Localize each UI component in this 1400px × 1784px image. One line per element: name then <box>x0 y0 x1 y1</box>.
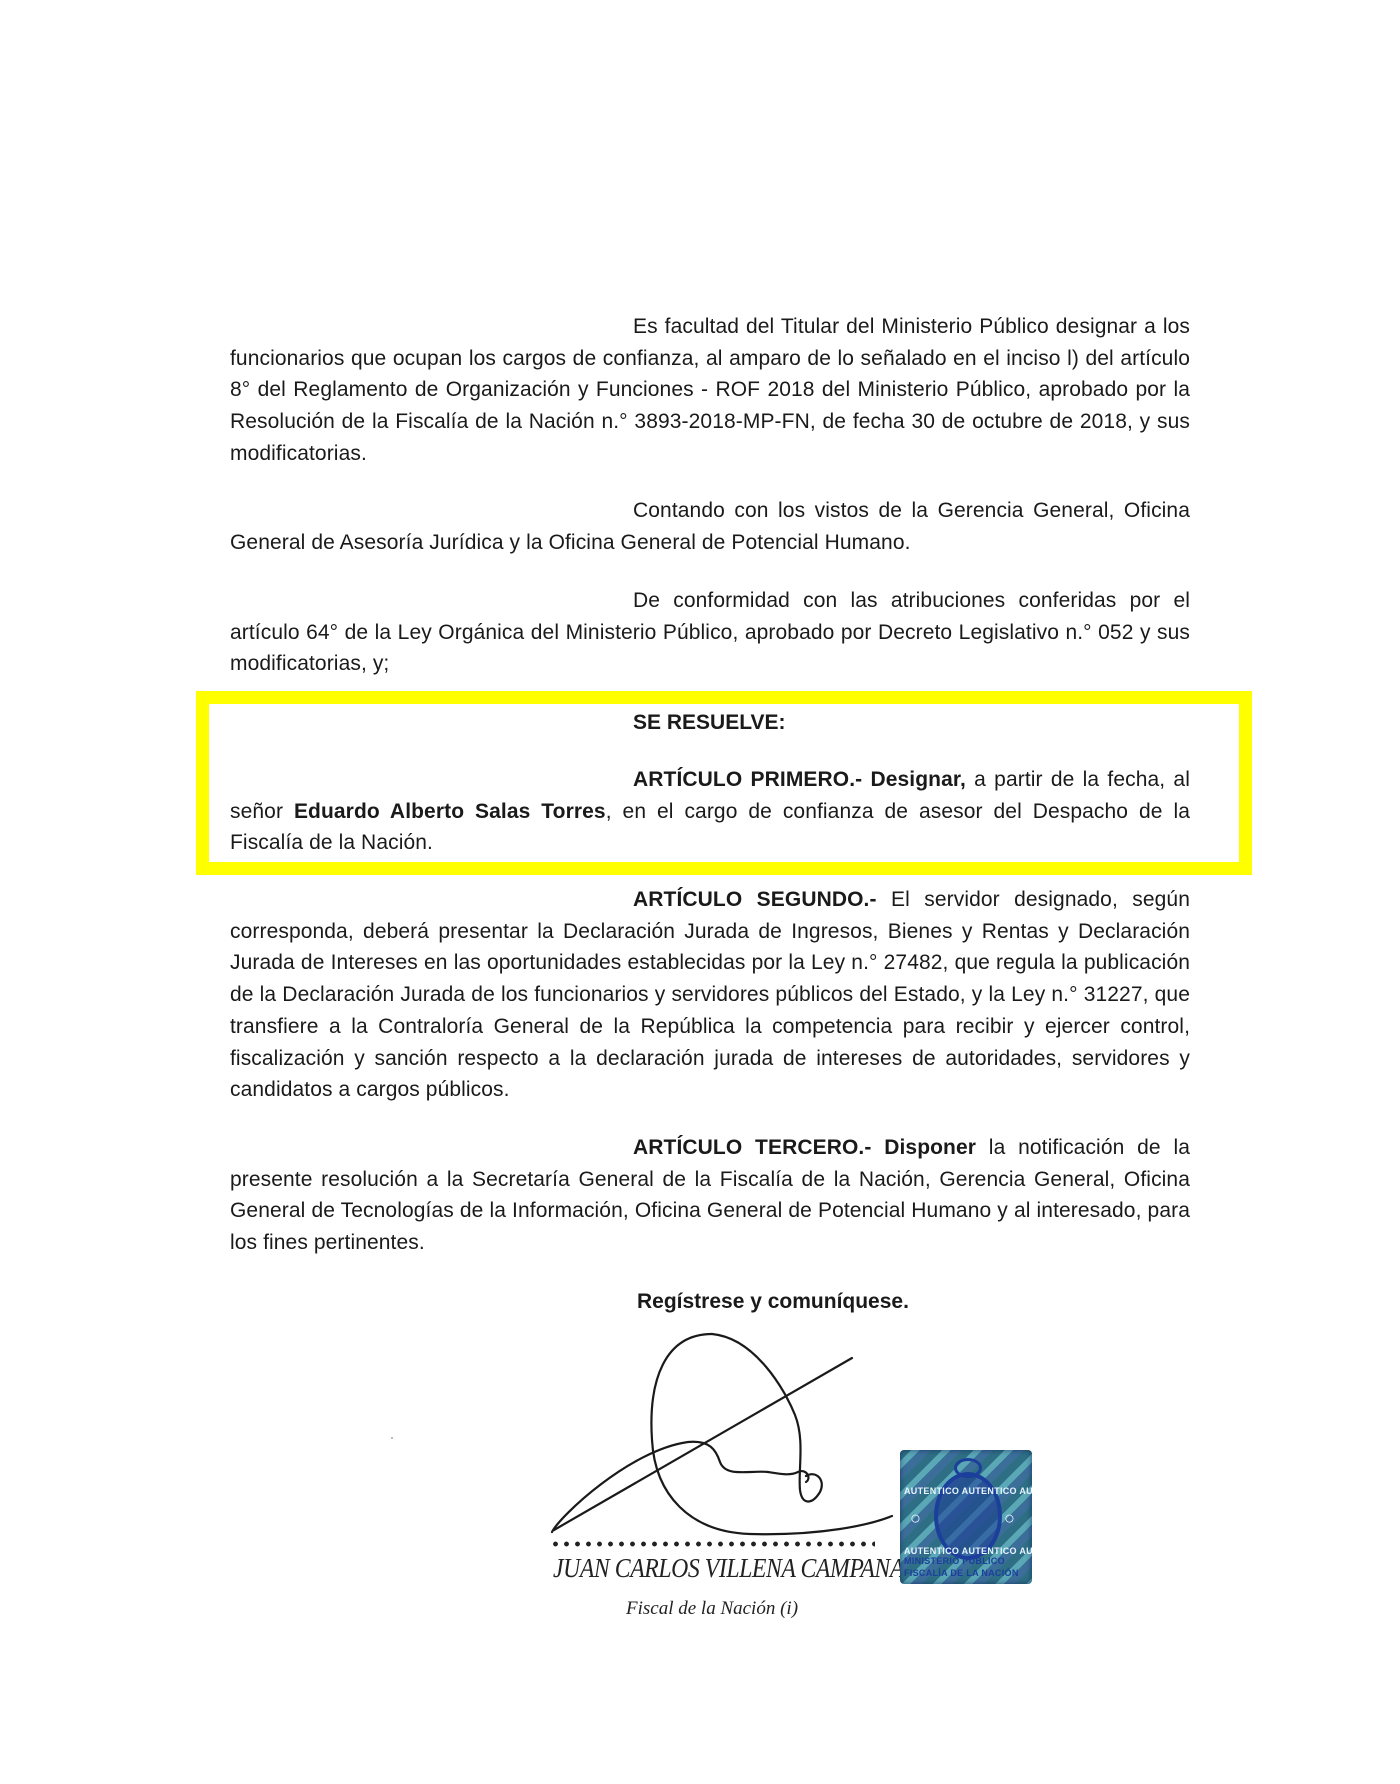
designee-name: Eduardo Alberto Salas Torres <box>294 800 606 823</box>
article-label: ARTÍCULO PRIMERO.- <box>633 768 862 791</box>
article-segundo: ARTÍCULO SEGUNDO.- El servidor designado… <box>230 884 1190 1106</box>
article-primero: ARTÍCULO PRIMERO.- Designar, a partir de… <box>230 764 1190 859</box>
scan-speck <box>391 1437 393 1439</box>
paragraph-conformidad: De conformidad con las atribuciones conf… <box>230 585 1190 680</box>
keyhole-icon: ○ <box>910 1508 921 1529</box>
closing-formula: Regístrese y comuníquese. <box>637 1286 909 1318</box>
signer-name: JUAN CARLOS VILLENA CAMPANA <box>553 1553 904 1584</box>
article-text: El servidor designado, según corresponda… <box>230 888 1190 1101</box>
stamp-text: AUTENTICO AUTENTICO AUT <box>904 1546 1032 1556</box>
stamp-text: MINISTERIO PÚBLICO <box>904 1556 1005 1566</box>
article-label: ARTÍCULO TERCERO.- <box>633 1136 871 1159</box>
stamp-text: AUTENTICO AUTENTICO AUT <box>904 1486 1032 1496</box>
article-label: ARTÍCULO SEGUNDO.- <box>633 888 877 911</box>
stamp-text: FISCALÍA DE LA NACIÓN <box>904 1568 1019 1578</box>
signer-title: Fiscal de la Nación (i) <box>626 1598 798 1620</box>
article-verb: Designar, <box>870 768 965 791</box>
resolve-heading: SE RESUELVE: <box>633 707 785 739</box>
hologram-seal-icon: ○ ○ AUTENTICO AUTENTICO AUT AUTENTICO AU… <box>900 1450 1032 1584</box>
article-tercero: ARTÍCULO TERCERO.- Disponer la notificac… <box>230 1132 1190 1259</box>
handwritten-signature-icon <box>540 1320 900 1550</box>
article-verb: Disponer <box>884 1136 976 1159</box>
keyhole-icon: ○ <box>1004 1508 1015 1529</box>
paragraph-vistos: Contando con los vistos de la Gerencia G… <box>230 495 1190 558</box>
paragraph-faculty: Es facultad del Titular del Ministerio P… <box>230 311 1190 470</box>
signature-line <box>550 1541 875 1547</box>
